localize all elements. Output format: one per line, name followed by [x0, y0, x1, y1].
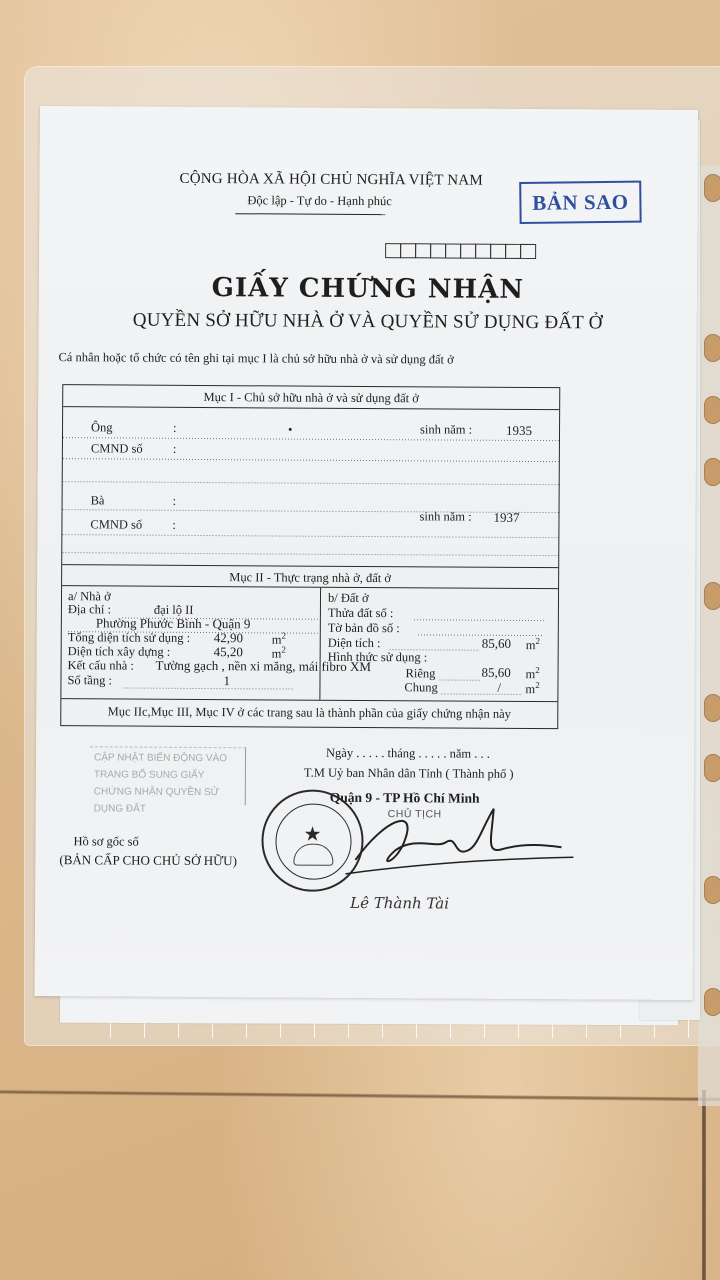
- owner2-birth-year: 1937: [493, 510, 519, 526]
- serial-number-boxes: [386, 243, 536, 259]
- land-area-label: Diện tích :: [328, 636, 381, 651]
- owner2-id-sep: :: [172, 518, 176, 533]
- owner2-birth-label: sinh năm :: [419, 509, 471, 524]
- floors-value: 1: [223, 673, 230, 689]
- usage-label: Hình thức sử dụng :: [328, 650, 428, 666]
- certificate-form: Mục I - Chủ sở hữu nhà ở và sử dụng đất …: [60, 384, 560, 729]
- serial-box: [430, 243, 446, 258]
- chairman-signature: [345, 798, 575, 879]
- certificate-page: CỘNG HÒA XÃ HỘI CHỦ NGHĨA VIỆT NAM Độc l…: [35, 106, 698, 1000]
- land-heading: b/ Đất ở: [328, 591, 369, 606]
- serial-box: [385, 243, 401, 258]
- binder-holes: [698, 166, 720, 1106]
- serial-box: [475, 244, 491, 259]
- owner2-sep: :: [173, 494, 177, 509]
- owner1-label: Ông: [91, 420, 113, 435]
- map-sheet-label: Tờ bản đồ số :: [328, 621, 400, 636]
- serial-box: [415, 243, 431, 258]
- issued-to-label: (BẢN CẤP CHO CHỦ SỞ HỮU): [59, 852, 237, 869]
- serial-box: [400, 243, 416, 258]
- serial-box: [490, 244, 506, 259]
- faded-update-stamp: CẬP NHẬT BIẾN ĐỘNG VÀO TRANG BỔ SUNG GIẤ…: [90, 746, 246, 805]
- private-label: Riêng: [405, 666, 435, 681]
- land-area-value: 85,60: [482, 636, 511, 652]
- structure-label: Kết cấu nhà :: [68, 658, 134, 673]
- floor-tile-seam: [0, 1090, 720, 1102]
- owner1-birth-label: sinh năm :: [420, 422, 472, 437]
- serial-box: [520, 244, 536, 259]
- floor-tile-seam-vertical: [702, 1090, 706, 1280]
- intro-text: Cá nhân hoặc tổ chức có tên ghi tại mục …: [58, 350, 453, 367]
- land-area-unit: m2: [526, 636, 540, 653]
- section2-heading: Mục II - Thực trạng nhà ở, đất ở: [62, 564, 558, 589]
- floors-label: Số tầng :: [67, 673, 112, 688]
- document-title: GIẤY CHỨNG NHẬN: [39, 272, 697, 306]
- motto-underline: [235, 213, 385, 215]
- section-continuation-note: Mục IIc,Mục III, Mục IV ở các trang sau …: [61, 698, 557, 728]
- owner2-label: Bà: [91, 493, 105, 508]
- plot-label: Thửa đất số :: [328, 606, 394, 621]
- issuing-authority: T.M Uỷ ban Nhân dân Tỉnh ( Thành phố ): [304, 766, 514, 782]
- column-divider: [319, 588, 321, 700]
- copy-stamp: BẢN SAO: [519, 181, 641, 224]
- nation-heading: CỘNG HÒA XÃ HỘI CHỦ NGHĨA VIỆT NAM: [180, 171, 483, 190]
- motto: Độc lập - Tự do - Hạnh phúc: [247, 193, 391, 209]
- private-value: 85,60: [481, 665, 510, 681]
- owner1-sep: :: [173, 421, 177, 436]
- owner1-birth-year: 1935: [506, 423, 532, 439]
- owner2-id-label: CMND số: [90, 517, 142, 532]
- section1-heading: Mục I - Chủ sở hữu nhà ở và sử dụng đất …: [63, 385, 559, 410]
- shared-unit: m2: [525, 680, 539, 697]
- serial-box: [460, 244, 476, 259]
- signer-name: Lê Thành Tài: [350, 894, 449, 913]
- owner1-id-label: CMND số: [91, 441, 143, 456]
- document-subtitle: QUYỀN SỞ HỮU NHÀ Ở VÀ QUYỀN SỬ DỤNG ĐẤT …: [39, 309, 697, 335]
- shared-value: /: [497, 680, 501, 696]
- original-record-label: Hồ sơ gốc số: [73, 834, 138, 849]
- owner1-id-sep: :: [173, 442, 177, 457]
- shared-label: Chung: [404, 680, 437, 695]
- seal-emblem-icon: [293, 844, 333, 866]
- serial-box: [445, 243, 461, 258]
- serial-box: [505, 244, 521, 259]
- date-line: Ngày . . . . . tháng . . . . . năm . . .: [326, 746, 490, 762]
- redaction-mark: •: [288, 423, 292, 438]
